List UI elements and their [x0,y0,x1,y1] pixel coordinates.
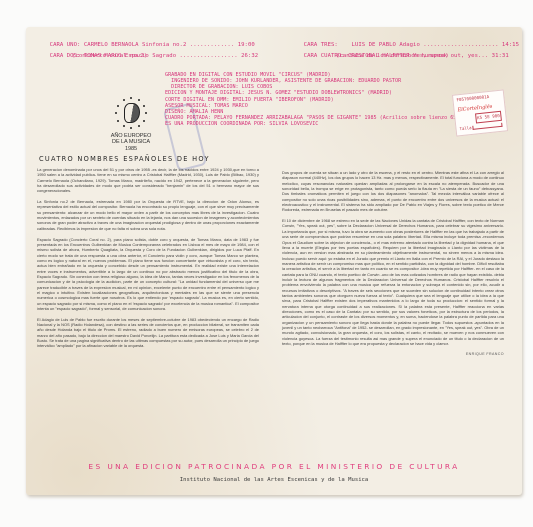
european-music-year-logo: AÑO EUROPEO DE LA MUSICA 1985 [96,95,166,152]
logo-line-3: 1985 [96,146,166,152]
star-icon [130,97,132,99]
sticker-code: F05T00000001A [456,94,489,102]
star-icon [143,105,145,107]
star-icon [130,127,132,129]
price-sticker: F05T00000001A ElCorteInglés K5 5E 900 Ta… [452,89,508,136]
star-icon [145,112,147,114]
article-column-left: La generacion denominada por unos del 51… [37,167,259,354]
track-side-four-subtitle: (cantata de los derechos humanos) [336,53,449,60]
sponsor-line: ES UNA EDICION PATROCINADA POR EL MINIST… [26,462,522,471]
article-paragraph: La Sinfonia no.2 de Bernaola, estrenada … [37,199,259,231]
sticker-size-label: Talla [459,125,472,131]
institute-line: Instituto Nacional de las Artes Escenica… [26,477,522,483]
track-time: 26:32 [241,53,258,59]
article-heading: CUATRO NOMBRES ESPAÑOLES DE HOY [39,155,210,163]
article-paragraph: La generacion denominada por unos del 51… [37,167,259,194]
star-icon [115,112,117,114]
track-time: 31:31 [492,53,509,59]
eu-stars-emblem-icon [113,95,149,131]
article-paragraph: Espacio Sagrado (Concierto Coral no. 2),… [37,237,259,312]
article-paragraph: El Adagio de Luis de Pablo fue escrito d… [37,317,259,349]
star-icon [117,105,119,107]
credit-line: ES UNA PRODUCCION COORDINADA POR: SILVIA… [165,121,455,127]
article-paragraph: El 10 de diciembre de 1968 se estreno en… [282,218,504,346]
article-column-right: Dos grupos de cuerda se situan a un lado… [282,170,504,357]
star-icon [138,125,140,127]
track-side-two-subtitle: (concierto coral no.2) [72,53,147,60]
map-emblem-icon [124,103,140,123]
star-icon [123,99,125,101]
star-icon [123,125,125,127]
sticker-size-box [472,123,502,130]
author-signature: ENRIQUE FRANCO [282,352,504,357]
article-paragraph: Dos grupos de cuerda se situan a un lado… [282,170,504,213]
sticker-price: K5 5E 900 [475,111,502,124]
star-icon [138,99,140,101]
record-sleeve-back: CARA UNO: CARMELO BERNAOLA Sinfonia no.2… [26,27,522,495]
star-icon [143,120,145,122]
star-icon [117,120,119,122]
production-credits: GRABADO EN DIGITAL CON ESTUDIO MOVIL "CI… [165,72,455,127]
